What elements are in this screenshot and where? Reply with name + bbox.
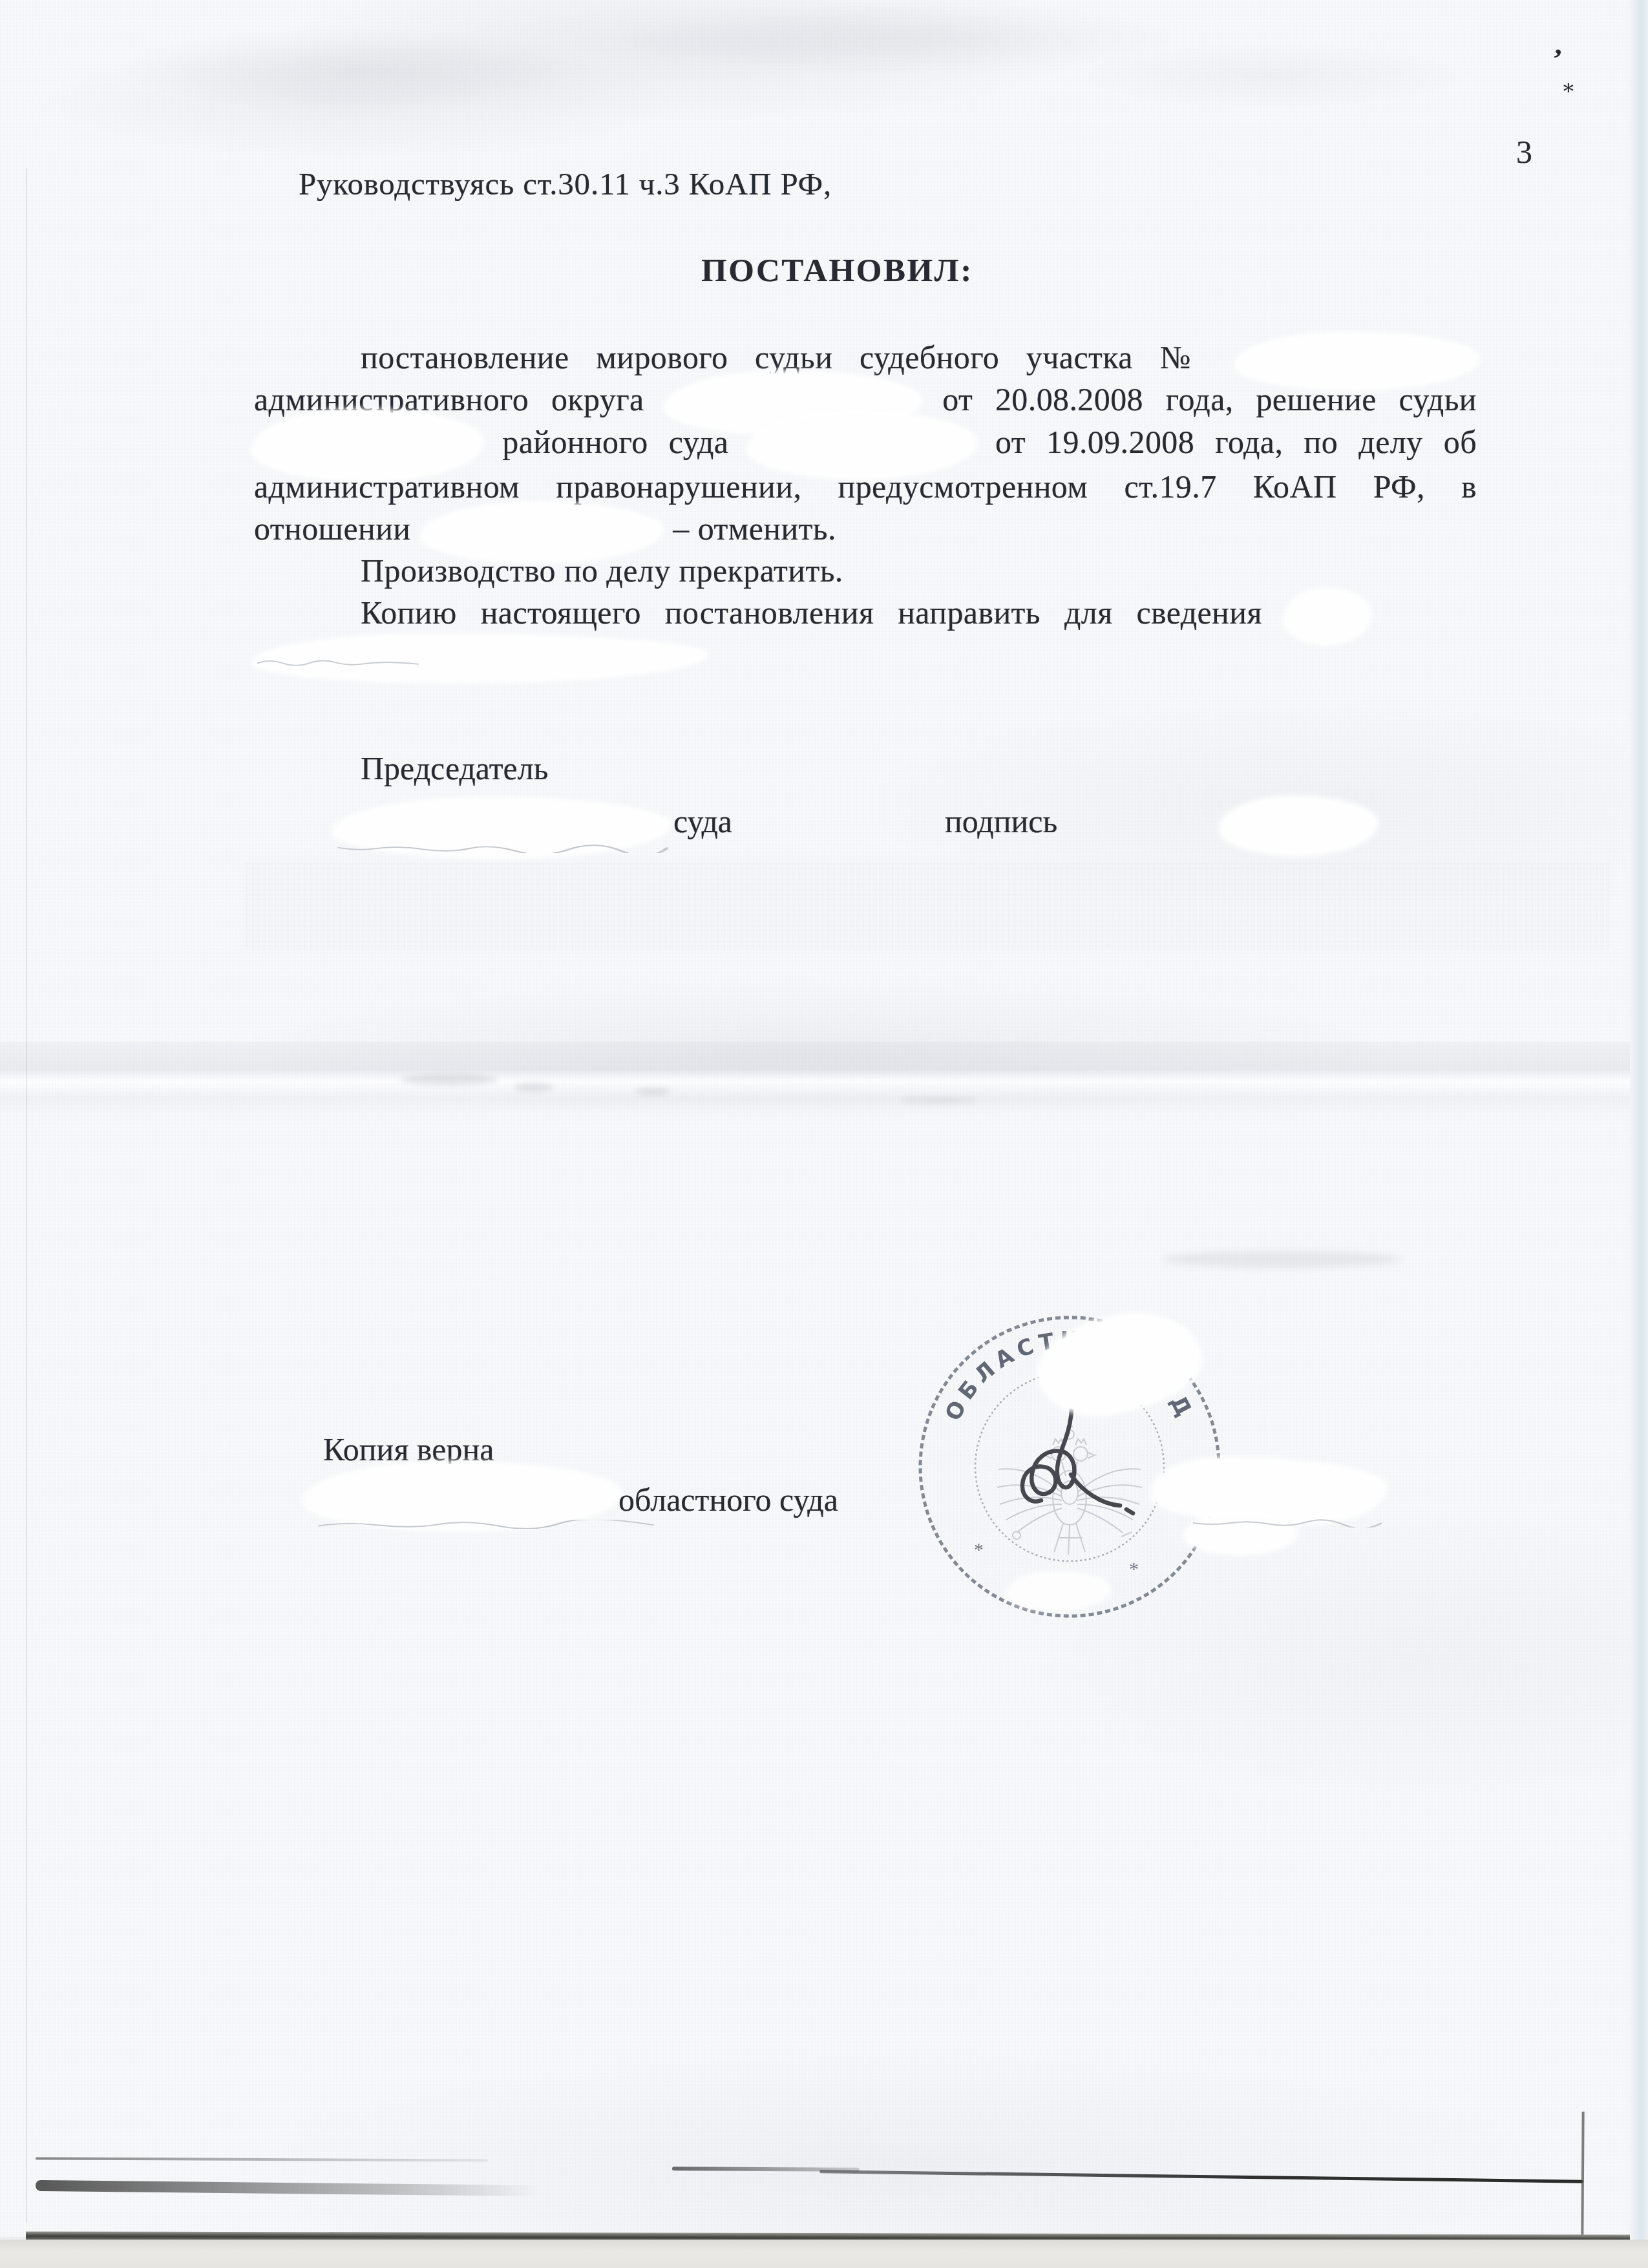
scan-shading-top (0, 0, 1630, 126)
smudge (635, 1087, 671, 1095)
intro-line: Руководствуясь ст.30.11 ч.3 КоАП РФ, (299, 165, 832, 202)
smudge (514, 1083, 554, 1091)
body-line: отношении – отменить. (254, 508, 1477, 550)
copy-correct-label: Копия верна (323, 1431, 494, 1468)
ink-speck: ∗ (1561, 75, 1576, 100)
crease-line (0, 1042, 1630, 1114)
body-text: от 20.08.2008 года, решение судьи (942, 381, 1477, 417)
body-text: – отменить. (673, 510, 836, 547)
body-line: Производство по делу прекратить. (254, 550, 1477, 592)
page-number: 3 (1516, 133, 1532, 171)
smudge (900, 1097, 977, 1104)
body-line: районного суда от 19.09.2008 года, по де… (254, 421, 1477, 467)
body-text: постановление мирового судьи судебного у… (361, 339, 1209, 375)
whiteout-trace (337, 844, 668, 853)
scan-edge-line (26, 168, 27, 2223)
stamp-star: * (1129, 1559, 1139, 1580)
body-text: отношении (254, 510, 411, 547)
signature-word: подпись (945, 803, 1057, 840)
court-word: суда (673, 803, 732, 840)
stamp-star: * (974, 1539, 984, 1560)
body-line: постановление мирового судьи судебного у… (254, 337, 1477, 379)
scanner-background-right (1630, 0, 1648, 2240)
resolution-heading: ПОСТАНОВИЛ: (701, 252, 973, 289)
chairman-title: Председатель (361, 750, 549, 787)
body-text: от 19.09.2008 года, по делу об (995, 424, 1477, 460)
faded-text-smudge (1162, 1251, 1401, 1268)
scan-page: ’ ∗ 3 Руководствуясь ст.30.11 ч.3 КоАП Р… (0, 0, 1648, 2268)
body-text: административном правонарушении, предусм… (254, 468, 1477, 505)
body-line (254, 634, 1477, 676)
whiteout-trace (318, 1520, 654, 1529)
body-line: административном правонарушении, предусм… (254, 466, 1477, 508)
body-line: Копию настоящего постановления направить… (254, 592, 1477, 634)
body-paragraph: постановление мирового судьи судебного у… (254, 337, 1477, 676)
body-text: Копию настоящего постановления направить… (361, 594, 1262, 631)
body-text: районного суда (502, 424, 728, 460)
whiteout-trace (1193, 1518, 1382, 1528)
bleed-through-texture (246, 863, 1609, 950)
body-text: Производство по делу прекратить. (361, 552, 843, 589)
redaction-blob (1154, 1460, 1384, 1521)
whiteout-trace (257, 658, 419, 667)
scanner-background-bottom (0, 2240, 1648, 2268)
smudge (401, 1075, 498, 1085)
court-name: областного суда (618, 1481, 838, 1518)
body-text: административного округа (254, 381, 644, 417)
